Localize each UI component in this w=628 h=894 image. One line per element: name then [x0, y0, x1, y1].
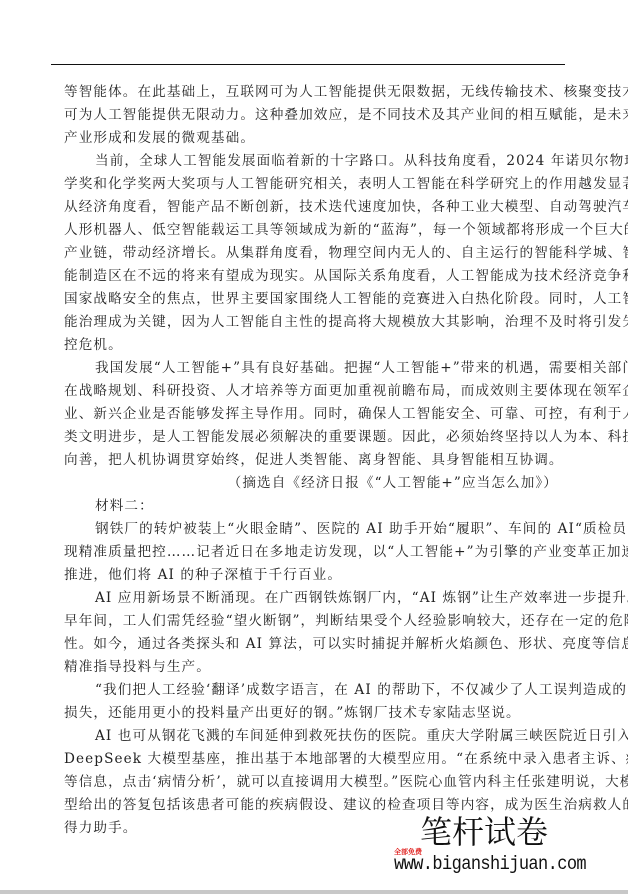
paragraph: 等智能体。在此基础上，互联网可为人工智能提供无限数据，无线传输技术、核聚变技术 … — [64, 81, 564, 150]
text-line: 现精准质量把控……记者近日在多地走访发现，以“人工智能+”为引擎的产业变革正加速 — [64, 541, 564, 564]
watermark-title: 笔杆试卷 — [420, 814, 548, 850]
text-line: 早年间，工人们需凭经验“望火断钢”，判断结果受个人经验影响较大，还存在一定的危险 — [64, 610, 564, 633]
document-body: 等智能体。在此基础上，互联网可为人工智能提供无限数据，无线传输技术、核聚变技术 … — [64, 81, 564, 840]
watermark-url: www.biganshijuan.com — [394, 854, 586, 877]
text-line: 当前，全球人工智能发展面临着新的十字路口。从科技角度看，2024 年诺贝尔物理 — [64, 150, 564, 173]
paragraph: 我国发展“人工智能+”具有良好基础。把握“人工智能+”带来的机遇，需要相关部门 … — [64, 357, 564, 472]
text-line: AI 应用新场景不断涌现。在广西钢铁炼钢厂内，“AI 炼钢”让生产效率进一步提升… — [64, 587, 564, 610]
text-line: 在战略规划、科研投资、人才培养等方面更加重视前瞻布局，而成效则主要体现在领军企 — [64, 380, 564, 403]
text-line: 精准指导投料与生产。 — [64, 656, 564, 679]
text-line: 类文明进步，是人工智能发展必须解决的重要课题。因此，必须始终坚持以人为本、科技 — [64, 426, 564, 449]
paragraph: 钢铁厂的转炉被装上“火眼金睛”、医院的 AI 助手开始“履职”、车间的 AI“质… — [64, 518, 564, 587]
page-bottom-border — [0, 890, 628, 894]
text-line: 国家战略安全的焦点，世界主要国家围绕人工智能的竞赛进入白热化阶段。同时，人工智 — [64, 288, 564, 311]
source-citation: （摘选自《经济日报《“人工智能+”应当怎么加》） — [64, 472, 564, 495]
text-line: 能治理成为关键，因为人工智能自主性的提高将大规模放大其影响，治理不及时将引发失 — [64, 311, 564, 334]
text-line: 向善，把人机协调贯穿始终，促进人类智能、离身智能、具身智能相互协调。 — [64, 449, 564, 472]
text-line: 人形机器人、低空智能载运工具等领域成为新的“蓝海”，每一个领域都将形成一个巨大的 — [64, 219, 564, 242]
text-line: 能制造区在不远的将来有望成为现实。从国际关系角度看，人工智能成为技术经济竞争和 — [64, 265, 564, 288]
text-line: 等智能体。在此基础上，互联网可为人工智能提供无限数据，无线传输技术、核聚变技术 — [64, 81, 564, 104]
text-line: 产业链，带动经济增长。从集群角度看，物理空间内无人的、自主运行的智能科学城、智 — [64, 242, 564, 265]
text-line: 学奖和化学奖两大奖项与人工智能研究相关，表明人工智能在科学研究上的作用越发显著。 — [64, 173, 564, 196]
text-line: 控危机。 — [64, 334, 564, 357]
text-line: 我国发展“人工智能+”具有良好基础。把握“人工智能+”带来的机遇，需要相关部门 — [64, 357, 564, 380]
text-line: 损失，还能用更小的投料量产出更好的钢。”炼钢厂技术专家陆志坚说。 — [64, 702, 564, 725]
text-line: 从经济角度看，智能产品不断创新，技术迭代速度加快，各种工业大模型、自动驾驶汽车、 — [64, 196, 564, 219]
text-line: 产业形成和发展的微观基础。 — [64, 127, 564, 150]
header-rule — [51, 64, 565, 65]
text-line: DeepSeek 大模型基座，推出基于本地部署的大模型应用。“在系统中录入患者主… — [64, 748, 564, 771]
text-line: 可为人工智能提供无限动力。这种叠加效应，是不同技术及其产业间的相互赋能，是未来 — [64, 104, 564, 127]
document-page: 等智能体。在此基础上，互联网可为人工智能提供无限数据，无线传输技术、核聚变技术 … — [0, 0, 628, 890]
watermark-logo: 笔杆试卷 全部免费 www.biganshijuan.com — [394, 812, 574, 878]
text-line: AI 也可从钢花飞溅的车间延伸到救死扶伤的医院。重庆大学附属三峡医院近日引入 — [64, 725, 564, 748]
text-line: 性。如今，通过各类探头和 AI 算法，可以实时捕捉并解析火焰颜色、形状、亮度等信… — [64, 633, 564, 656]
text-line: 业、新兴企业是否能够发挥主导作用。同时，确保人工智能安全、可靠、可控，有利于人 — [64, 403, 564, 426]
text-line: 等信息，点击‘病情分析’，就可以直接调用大模型。”医院心血管内科主任张建明说，大… — [64, 771, 564, 794]
section-heading-material-two: 材料二： — [64, 495, 564, 518]
text-line: 推进，他们将 AI 的种子深植于千行百业。 — [64, 564, 564, 587]
text-line: “我们把人工经验‘翻译’成数字语言，在 AI 的帮助下，不仅减少了人工误判造成的 — [64, 679, 564, 702]
text-line: 钢铁厂的转炉被装上“火眼金睛”、医院的 AI 助手开始“履职”、车间的 AI“质… — [64, 518, 564, 541]
paragraph: AI 应用新场景不断涌现。在广西钢铁炼钢厂内，“AI 炼钢”让生产效率进一步提升… — [64, 587, 564, 679]
paragraph: “我们把人工经验‘翻译’成数字语言，在 AI 的帮助下，不仅减少了人工误判造成的… — [64, 679, 564, 725]
paragraph: 当前，全球人工智能发展面临着新的十字路口。从科技角度看，2024 年诺贝尔物理 … — [64, 150, 564, 357]
